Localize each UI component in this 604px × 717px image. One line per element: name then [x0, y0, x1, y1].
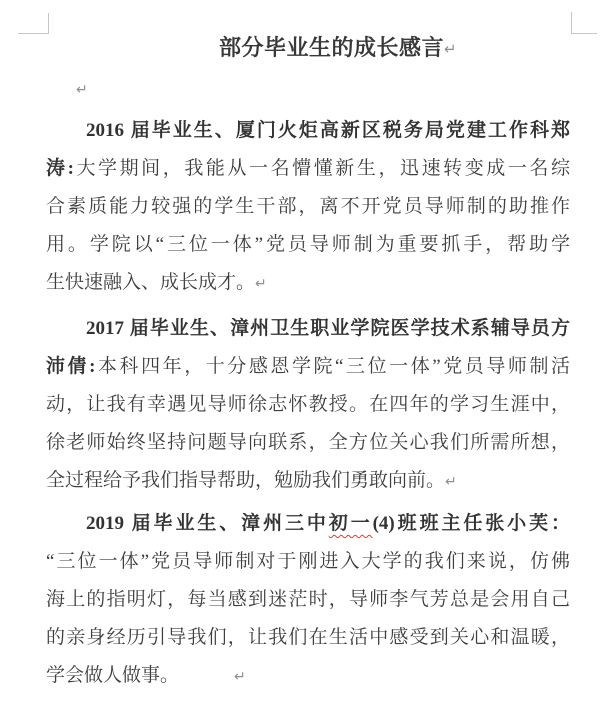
- text-line[interactable]: 动，让我有幸遇见导师徐志怀教授。在四年的学习生涯中，: [46, 386, 570, 424]
- text-line[interactable]: 沛倩:本科四年，十分感恩学院“三位一体”党员导师制活: [46, 348, 570, 386]
- text-line[interactable]: 合素质能力较强的学生干部，离不开党员导师制的助推作: [46, 188, 570, 226]
- pilcrow-icon: ↵: [255, 276, 267, 292]
- text-line[interactable]: 徐老师始终坚持问题导向联系，全方位关心我们所需所想，: [46, 424, 570, 462]
- text-segment: 海上的指明灯，每当感到迷茫时，导师李气芳总是会用自己: [46, 589, 570, 610]
- pilcrow-icon: ↵: [444, 40, 457, 58]
- text-segment: 大学期间，我能从一名懵懂新生，迅速转变成一名综: [74, 158, 570, 179]
- text-line[interactable]: 全过程给予我们指导帮助，勉励我们勇敢向前。↵: [46, 462, 570, 500]
- spellcheck-wavy-underline: 初一: [329, 513, 373, 534]
- text-segment: 生快速融入、成长成才。: [46, 272, 255, 293]
- text-boundary-mark-top-right: [571, 12, 597, 34]
- text-line[interactable]: 2017 届毕业生、漳州卫生职业学院医学技术系辅导员方: [46, 310, 570, 348]
- text-segment-bold: 2019 届毕业生、漳州三中: [86, 513, 329, 534]
- text-segment: 本科四年，十分感恩学院“三位一体”党员导师制活: [95, 356, 570, 377]
- text-boundary-mark-top-left: [18, 13, 49, 34]
- text-segment: 动，让我有幸遇见导师徐志怀教授。在四年的学习生涯中，: [46, 394, 570, 415]
- text-line[interactable]: 海上的指明灯，每当感到迷茫时，导师李气芳总是会用自己: [46, 581, 570, 619]
- text-line[interactable]: 涛:大学期间，我能从一名懵懂新生，迅速转变成一名综: [46, 150, 570, 188]
- pilcrow-icon: ↵: [76, 82, 88, 98]
- testimonial-2016: 2016 届毕业生、厦门火炬高新区税务局党建工作科郑涛:大学期间，我能从一名懵懂…: [46, 112, 570, 302]
- text-line[interactable]: 生快速融入、成长成才。↵: [46, 264, 570, 302]
- text-segment-bold: 涛:: [46, 158, 74, 179]
- pilcrow-icon: ↵: [234, 669, 246, 685]
- text-segment-bold: (4)班班主任张小芙：: [373, 513, 570, 534]
- text-line[interactable]: “三位一体”党员导师制对于刚进入大学的我们来说，仿佛: [46, 543, 570, 581]
- text-segment: 用。学院以“三位一体”党员导师制为重要抓手，帮助学: [46, 234, 570, 255]
- text-line[interactable]: 学会做人做事。↵: [46, 657, 570, 695]
- text-segment-bold: 沛倩:: [46, 356, 95, 377]
- text-segment: 合素质能力较强的学生干部，离不开党员导师制的助推作: [46, 196, 570, 217]
- text-segment: 徐老师始终坚持问题导向联系，全方位关心我们所需所想，: [46, 432, 570, 453]
- text-segment-bold: 2017 届毕业生、漳州卫生职业学院医学技术系辅导员方: [86, 318, 570, 339]
- text-line[interactable]: 用。学院以“三位一体”党员导师制为重要抓手，帮助学: [46, 226, 570, 264]
- pilcrow-icon: ↵: [445, 474, 457, 490]
- empty-paragraph[interactable]: ↵: [76, 80, 88, 100]
- document-page: 部分毕业生的成长感言↵ ↵ 2016 届毕业生、厦门火炬高新区税务局党建工作科郑…: [0, 0, 604, 717]
- text-line[interactable]: 2019 届毕业生、漳州三中初一(4)班班主任张小芙：: [46, 505, 570, 543]
- text-segment: “三位一体”党员导师制对于刚进入大学的我们来说，仿佛: [46, 551, 570, 572]
- text-segment: 的亲身经历引导我们，让我们在生活中感受到关心和温暖，: [46, 627, 570, 648]
- document-title-text: 部分毕业生的成长感言: [219, 35, 444, 60]
- text-segment: 学会做人做事。: [46, 665, 179, 686]
- document-title: 部分毕业生的成长感言↵: [219, 33, 457, 64]
- text-line[interactable]: 的亲身经历引导我们，让我们在生活中感受到关心和温暖，: [46, 619, 570, 657]
- text-segment: 全过程给予我们指导帮助，勉励我们勇敢向前。: [46, 470, 445, 491]
- testimonial-2019: 2019 届毕业生、漳州三中初一(4)班班主任张小芙：“三位一体”党员导师制对于…: [46, 505, 570, 695]
- text-line[interactable]: 2016 届毕业生、厦门火炬高新区税务局党建工作科郑: [46, 112, 570, 150]
- text-segment-bold: 2016 届毕业生、厦门火炬高新区税务局党建工作科郑: [86, 120, 570, 141]
- testimonial-2017: 2017 届毕业生、漳州卫生职业学院医学技术系辅导员方沛倩:本科四年，十分感恩学…: [46, 310, 570, 500]
